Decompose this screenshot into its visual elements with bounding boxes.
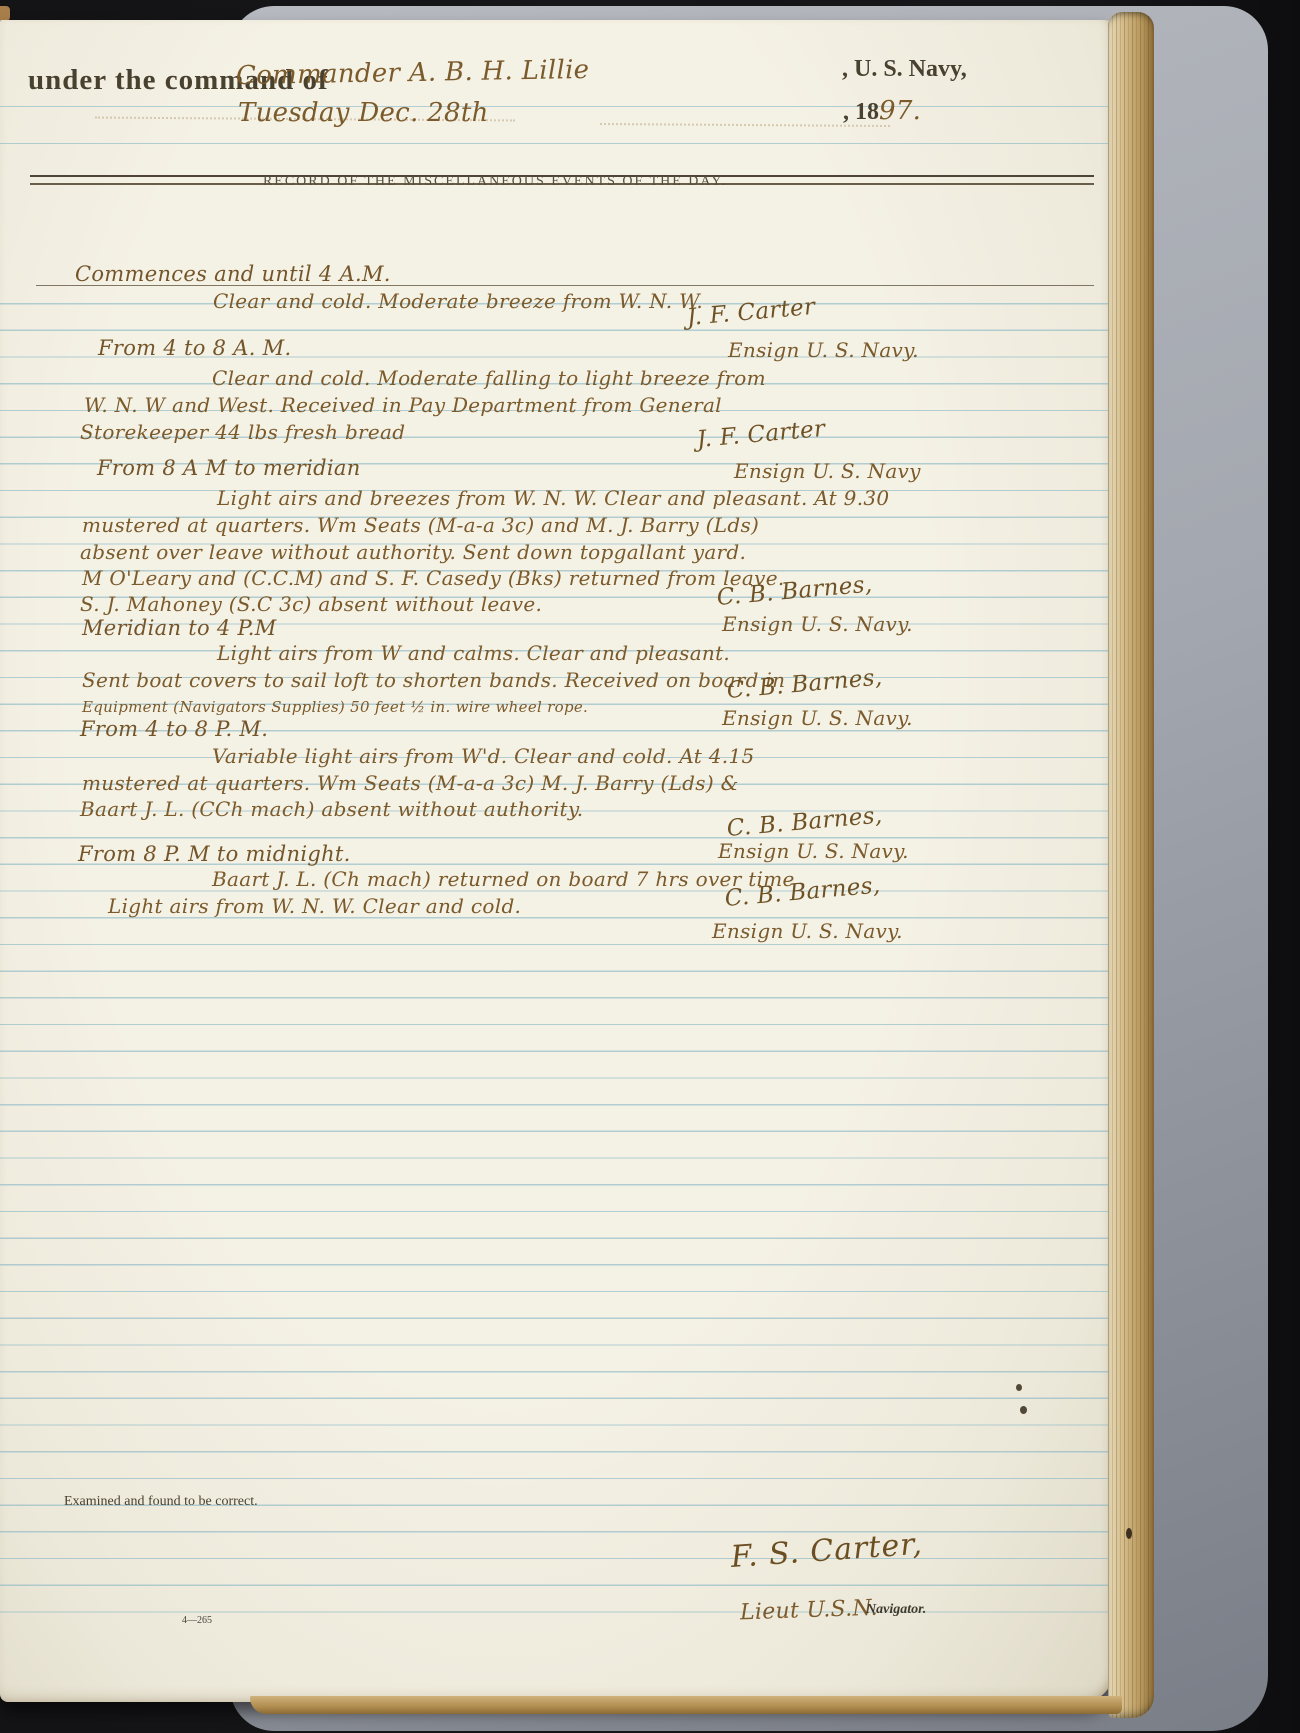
year-written: 97. [879,96,921,126]
entry-line: W. N. W and West. Received in Pay Depart… [84,393,722,417]
entry-line: Light airs and breezes from W. N. W. Cle… [217,486,889,510]
navigator-rank: Lieut U.S.N. [740,1596,879,1626]
examined-label: Examined and found to be correct. [64,1494,258,1510]
entry-line: Clear and cold. Moderate falling to ligh… [212,366,766,390]
rank-line: Ensign U. S. Navy. [722,706,913,730]
entry-line: M O'Leary and (C.C.M) and S. F. Casedy (… [82,566,785,590]
entry-line: Equipment (Navigators Supplies) 50 feet … [82,698,588,716]
entry-line: Light airs from W. N. W. Clear and cold. [108,894,521,918]
logbook-page: under the command of Commander A. B. H. … [0,20,1113,1702]
photo-scene: under the command of Commander A. B. H. … [0,0,1300,1733]
book-fore-edge [1108,12,1154,1718]
rank-line: Ensign U. S. Navy [734,459,921,483]
date-handwritten: Tuesday Dec. 28th [238,98,489,128]
entry-line: absent over leave without authority. Sen… [80,540,746,564]
entry-heading: From 8 A M to meridian [97,456,361,480]
book-bottom-edge [250,1696,1122,1714]
entry-line: Baart J. L. (CCh mach) absent without au… [80,797,583,821]
year-printed: , 18 [843,99,879,125]
rank-line: Ensign U. S. Navy. [712,919,903,943]
entry-heading: From 4 to 8 A. M. [98,336,291,360]
entry-line: mustered at quarters. Wm Seats (M-a-a 3c… [82,771,739,795]
ruled-line [0,143,1113,144]
rank-line: Ensign U. S. Navy. [728,338,919,362]
entry-line: Baart J. L. (Ch mach) returned on board … [212,867,795,891]
entry-heading: Commences and until 4 A.M. [75,262,391,286]
entry-line: S. J. Mahoney (S.C 3c) absent without le… [80,592,542,616]
year-label: , 1897. [843,96,921,126]
fore-edge-spot [1126,1528,1132,1539]
entry-line: Storekeeper 44 lbs fresh bread [80,420,405,444]
commander-name: Commander A. B. H. Lillie [236,55,590,91]
entry-heading: Meridian to 4 P.M [82,616,277,640]
entry-line: Sent boat covers to sail loft to shorten… [82,668,785,692]
ink-spot [1016,1384,1022,1391]
entry-line: Light airs from W and calms. Clear and p… [217,641,730,665]
binding-fragment [0,6,10,21]
rank-line: Ensign U. S. Navy. [718,839,909,863]
form-number: 4—265 [182,1615,212,1626]
entry-line: mustered at quarters. Wm Seats (M-a-a 3c… [82,513,759,537]
navigator-printed-label: Navigator. [866,1602,926,1618]
entry-heading: From 4 to 8 P. M. [80,717,268,741]
section-title: RECORD OF THE MISCELLANEOUS EVENTS OF TH… [0,174,990,190]
entry-heading: From 8 P. M to midnight. [78,842,351,866]
rank-line: Ensign U. S. Navy. [722,612,913,636]
navy-label: , U. S. Navy, [842,56,967,83]
entry-line: Variable light airs from W'd. Clear and … [212,744,755,768]
ink-spot [1020,1406,1027,1414]
ruled-line [0,106,1113,107]
entry-line: Clear and cold. Moderate breeze from W. … [213,289,703,313]
